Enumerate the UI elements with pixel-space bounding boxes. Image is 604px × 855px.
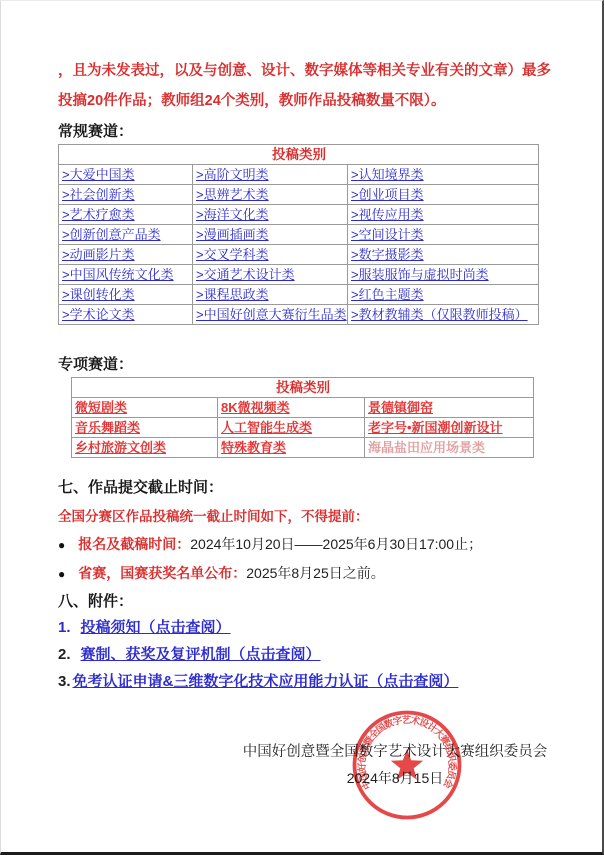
- special-link-xiangcun-lvyou-wenchuang[interactable]: 乡村旅游文创类: [75, 440, 166, 455]
- document-content: ，且为未发表过，以及与创意、设计、数字媒体等相关专业有关的文章）最多 投搞20件…: [1, 1, 602, 692]
- table-row: >艺术疗愈类 >海洋文化类 >视传应用类: [59, 205, 539, 225]
- intro-note: ，且为未发表过，以及与创意、设计、数字媒体等相关专业有关的文章）最多 投搞20件…: [58, 56, 545, 116]
- category-link-shichuan-yingyong[interactable]: >视传应用类: [351, 207, 424, 222]
- intro-line-2: 投搞20件作品；教师组24个类别，教师作品投稿数量不限）。: [58, 86, 545, 116]
- category-link-sibian-yishu[interactable]: >思辨艺术类: [196, 187, 269, 202]
- bullet-icon: ●: [58, 535, 65, 555]
- table-row: 音乐舞蹈类 人工智能生成类 老字号•新国潮创新设计: [72, 418, 534, 438]
- table-header-row: 投稿类别: [72, 378, 534, 398]
- category-link-daai-zhongguo[interactable]: >大爱中国类: [62, 167, 135, 182]
- category-link-manhua-chahua[interactable]: >漫画插画类: [196, 227, 269, 242]
- special-link-jingdezhen-yuyao[interactable]: 景德镇御窑: [368, 400, 433, 415]
- category-link-dasai-yanshengpin[interactable]: >中国好创意大赛衍生品类: [196, 307, 347, 322]
- category-link-donghua-yingpian[interactable]: >动画影片类: [62, 247, 135, 262]
- deadline-notice: 全国分赛区作品投稿统一截止时间如下，不得提前：: [58, 507, 545, 526]
- category-link-yishu-liaoyu[interactable]: >艺术疗愈类: [62, 207, 135, 222]
- special-label-haijing-yantian: 海晶盐田应用场景类: [368, 440, 485, 455]
- category-link-renzhi-jingjie[interactable]: >认知境界类: [351, 167, 424, 182]
- special-table-header: 投稿类别: [72, 378, 534, 398]
- attachment-item-1: 1.投稿须知（点击查阅）: [58, 618, 545, 638]
- category-link-kongjian-sheji[interactable]: >空间设计类: [351, 227, 424, 242]
- attachment-number: 3.: [58, 673, 71, 690]
- table-row: 微短剧类 8K微视频类 景德镇御窑: [72, 398, 534, 418]
- special-category-table: 投稿类别 微短剧类 8K微视频类 景德镇御窑 音乐舞蹈类 人工智能生成类 老字号…: [71, 377, 534, 458]
- table-row: >创新创意产品类 >漫画插画类 >空间设计类: [59, 225, 539, 245]
- attachment-number: 2.: [58, 646, 71, 663]
- category-link-hongse-zhuti[interactable]: >红色主题类: [351, 287, 424, 302]
- category-link-chuangye-xiangmu[interactable]: >创业项目类: [351, 187, 424, 202]
- category-link-jiaocai-jiaofu[interactable]: >教材教辅类（仅限教师投稿）: [351, 307, 528, 322]
- category-link-gaojie-wenming[interactable]: >高阶文明类: [196, 167, 269, 182]
- attachment-item-2: 2.赛制、获奖及复评机制（点击查阅）: [58, 645, 545, 665]
- attachments-heading: 八、附件：: [58, 592, 545, 612]
- table-row: >中国风传统文化类 >交通艺术设计类 >服装服饰与虚拟时尚类: [59, 265, 539, 285]
- issue-date: 2024年8月15日: [241, 769, 549, 787]
- deadline-heading: 七、作品提交截止时间：: [58, 478, 545, 498]
- category-link-jiaocha-xueke[interactable]: >交叉学科类: [196, 247, 269, 262]
- category-link-zhongguofeng-chuantong[interactable]: >中国风传统文化类: [62, 267, 174, 282]
- attachment-link-rules-awards[interactable]: 赛制、获奖及复评机制（点击查阅）: [81, 646, 321, 663]
- bullet-icon: ●: [58, 564, 65, 584]
- special-link-teshu-jiaoyu[interactable]: 特殊教育类: [221, 440, 286, 455]
- category-link-haiyang-wenhua[interactable]: >海洋文化类: [196, 207, 269, 222]
- attachment-link-certification[interactable]: 免考认证申请&三维数字化技术应用能力认证（点击查阅）: [73, 673, 459, 690]
- category-link-kecheng-sizheng[interactable]: >课程思政类: [196, 287, 269, 302]
- table-header-row: 投稿类别: [59, 145, 539, 165]
- category-link-fuzhuang-xuni-shishang[interactable]: >服装服饰与虚拟时尚类: [351, 267, 489, 282]
- regular-category-table: 投稿类别 >大爱中国类 >高阶文明类 >认知境界类 >社会创新类 >思辨艺术类 …: [58, 144, 539, 325]
- category-link-shuzi-sheying[interactable]: >数字摄影类: [351, 247, 424, 262]
- special-link-laozihao-xinguochao[interactable]: 老字号•新国潮创新设计: [368, 420, 503, 435]
- category-link-shehui-chuangxin[interactable]: >社会创新类: [62, 187, 135, 202]
- special-link-weiduanju[interactable]: 微短剧类: [75, 400, 127, 415]
- document-page: ，且为未发表过，以及与创意、设计、数字媒体等相关专业有关的文章）最多 投搞20件…: [0, 0, 604, 855]
- bullet-value: 2025年8月25日之前。: [246, 563, 385, 583]
- table-row: >动画影片类 >交叉学科类 >数字摄影类: [59, 245, 539, 265]
- attachment-item-3: 3.免考认证申请&三维数字化技术应用能力认证（点击查阅）: [58, 672, 545, 692]
- deadline-bullet-results: ● 省赛，国赛获奖名单公布： 2025年8月25日之前。: [58, 563, 545, 584]
- category-link-xueshu-lunwen[interactable]: >学术论文类: [62, 307, 135, 322]
- attachment-number: 1.: [58, 619, 71, 636]
- deadline-bullet-registration: ● 报名及截稿时间： 2024年10月20日——2025年6月30日17:00止…: [58, 534, 545, 555]
- category-link-kechuang-zhuanhua[interactable]: >课创转化类: [62, 287, 135, 302]
- table-row: 乡村旅游文创类 特殊教育类 海晶盐田应用场景类: [72, 438, 534, 458]
- table-row: >课创转化类 >课程思政类 >红色主题类: [59, 285, 539, 305]
- intro-line-1: ，且为未发表过，以及与创意、设计、数字媒体等相关专业有关的文章）最多: [58, 56, 545, 86]
- table-row: >大爱中国类 >高阶文明类 >认知境界类: [59, 165, 539, 185]
- bullet-value: 2024年10月20日——2025年6月30日17:00止；: [190, 534, 482, 554]
- category-link-jiaotong-yishu-sheji[interactable]: >交通艺术设计类: [196, 267, 295, 282]
- special-track-label: 专项赛道：: [58, 355, 545, 375]
- regular-track-label: 常规赛道：: [58, 122, 545, 142]
- committee-name: 中国好创意暨全国数字艺术设计大赛组织委员会: [241, 743, 549, 761]
- regular-table-header: 投稿类别: [59, 145, 539, 165]
- bullet-label: 省赛，国赛获奖名单公布：: [78, 563, 246, 583]
- bullet-label: 报名及截稿时间：: [78, 534, 190, 554]
- special-link-yinyue-wudao[interactable]: 音乐舞蹈类: [75, 420, 140, 435]
- signature-block: 中国好创意暨全国数字艺术设计大赛组织委员会 2024年8月15日: [241, 743, 549, 787]
- special-link-8k-weishipin[interactable]: 8K微视频类: [221, 400, 290, 415]
- table-row: >社会创新类 >思辨艺术类 >创业项目类: [59, 185, 539, 205]
- attachment-link-submission-guide[interactable]: 投稿须知（点击查阅）: [81, 619, 231, 636]
- table-row: >学术论文类 >中国好创意大赛衍生品类 >教材教辅类（仅限教师投稿）: [59, 305, 539, 325]
- category-link-chuangxin-chuangyi-chanpin[interactable]: >创新创意产品类: [62, 227, 161, 242]
- special-link-rengongzhineng-shengcheng[interactable]: 人工智能生成类: [221, 420, 312, 435]
